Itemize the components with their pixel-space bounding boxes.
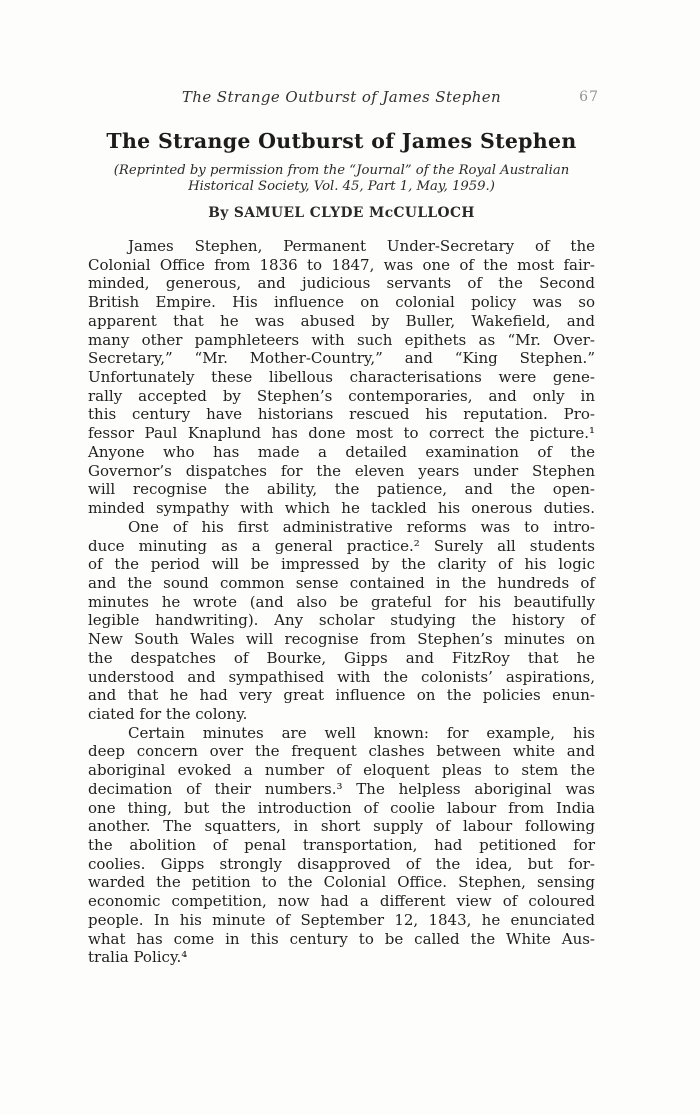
body-line: minutes he wrote (and also be grateful f… bbox=[88, 593, 595, 612]
body-line: Certain minutes are well known: for exam… bbox=[88, 724, 595, 743]
body-line: Unfortunately these libellous characteri… bbox=[88, 368, 595, 387]
body-line: Anyone who has made a detailed examinati… bbox=[88, 443, 595, 462]
body-line: legible handwriting). Any scholar studyi… bbox=[88, 611, 595, 630]
body-line: the despatches of Bourke, Gipps and Fitz… bbox=[88, 649, 595, 668]
body-line: rally accepted by Stephen’s contemporari… bbox=[88, 387, 595, 406]
body-line: people. In his minute of September 12, 1… bbox=[88, 911, 595, 930]
page: The Strange Outburst of James Stephen 67… bbox=[0, 0, 700, 1115]
body-line: ciated for the colony. bbox=[88, 705, 595, 724]
page-number: 67 bbox=[579, 88, 599, 106]
body-line: of the period will be impressed by the c… bbox=[88, 555, 595, 574]
body-line: British Empire. His influence on colonia… bbox=[88, 293, 595, 312]
body-line: warded the petition to the Colonial Offi… bbox=[88, 873, 595, 892]
body-line: coolies. Gipps strongly disapproved of t… bbox=[88, 855, 595, 874]
body-line: minded sympathy with which he tackled hi… bbox=[88, 499, 595, 518]
body-line: tralia Policy.⁴ bbox=[88, 948, 595, 967]
article-body: James Stephen, Permanent Under-Secretary… bbox=[88, 237, 595, 967]
body-line: will recognise the ability, the patience… bbox=[88, 480, 595, 499]
body-line: One of his first administrative reforms … bbox=[88, 518, 595, 537]
body-line: Governor’s dispatches for the eleven yea… bbox=[88, 462, 595, 481]
body-line: what has come in this century to be call… bbox=[88, 930, 595, 949]
body-line: duce minuting as a general practice.² Su… bbox=[88, 537, 595, 556]
body-line: this century have historians rescued his… bbox=[88, 405, 595, 424]
body-line: fessor Paul Knaplund has done most to co… bbox=[88, 424, 595, 443]
body-line: understood and sympathised with the colo… bbox=[88, 668, 595, 687]
body-line: another. The squatters, in short supply … bbox=[88, 817, 595, 836]
body-line: decimation of their numbers.³ The helple… bbox=[88, 780, 595, 799]
body-line: economic competition, now had a differen… bbox=[88, 892, 595, 911]
body-line: minded, generous, and judicious servants… bbox=[88, 274, 595, 293]
article-title: The Strange Outburst of James Stephen bbox=[88, 128, 595, 154]
article-byline: By SAMUEL CLYDE McCULLOCH bbox=[88, 205, 595, 222]
body-line: James Stephen, Permanent Under-Secretary… bbox=[88, 237, 595, 256]
running-head: The Strange Outburst of James Stephen 67 bbox=[88, 88, 595, 106]
body-line: one thing, but the introduction of cooli… bbox=[88, 799, 595, 818]
subtitle-line: (Reprinted by permission from the “Journ… bbox=[88, 163, 595, 179]
body-line: and that he had very great influence on … bbox=[88, 686, 595, 705]
body-line: deep concern over the frequent clashes b… bbox=[88, 742, 595, 761]
body-line: apparent that he was abused by Buller, W… bbox=[88, 312, 595, 331]
body-line: Secretary,” “Mr. Mother-Country,” and “K… bbox=[88, 349, 595, 368]
article-subtitle: (Reprinted by permission from the “Journ… bbox=[88, 163, 595, 194]
body-line: New South Wales will recognise from Step… bbox=[88, 630, 595, 649]
body-line: aboriginal evoked a number of eloquent p… bbox=[88, 761, 595, 780]
running-head-title: The Strange Outburst of James Stephen bbox=[182, 88, 501, 106]
body-line: many other pamphleteers with such epithe… bbox=[88, 331, 595, 350]
subtitle-line: Historical Society, Vol. 45, Part 1, May… bbox=[88, 179, 595, 195]
body-line: Colonial Office from 1836 to 1847, was o… bbox=[88, 256, 595, 275]
body-line: and the sound common sense contained in … bbox=[88, 574, 595, 593]
body-line: the abolition of penal transportation, h… bbox=[88, 836, 595, 855]
